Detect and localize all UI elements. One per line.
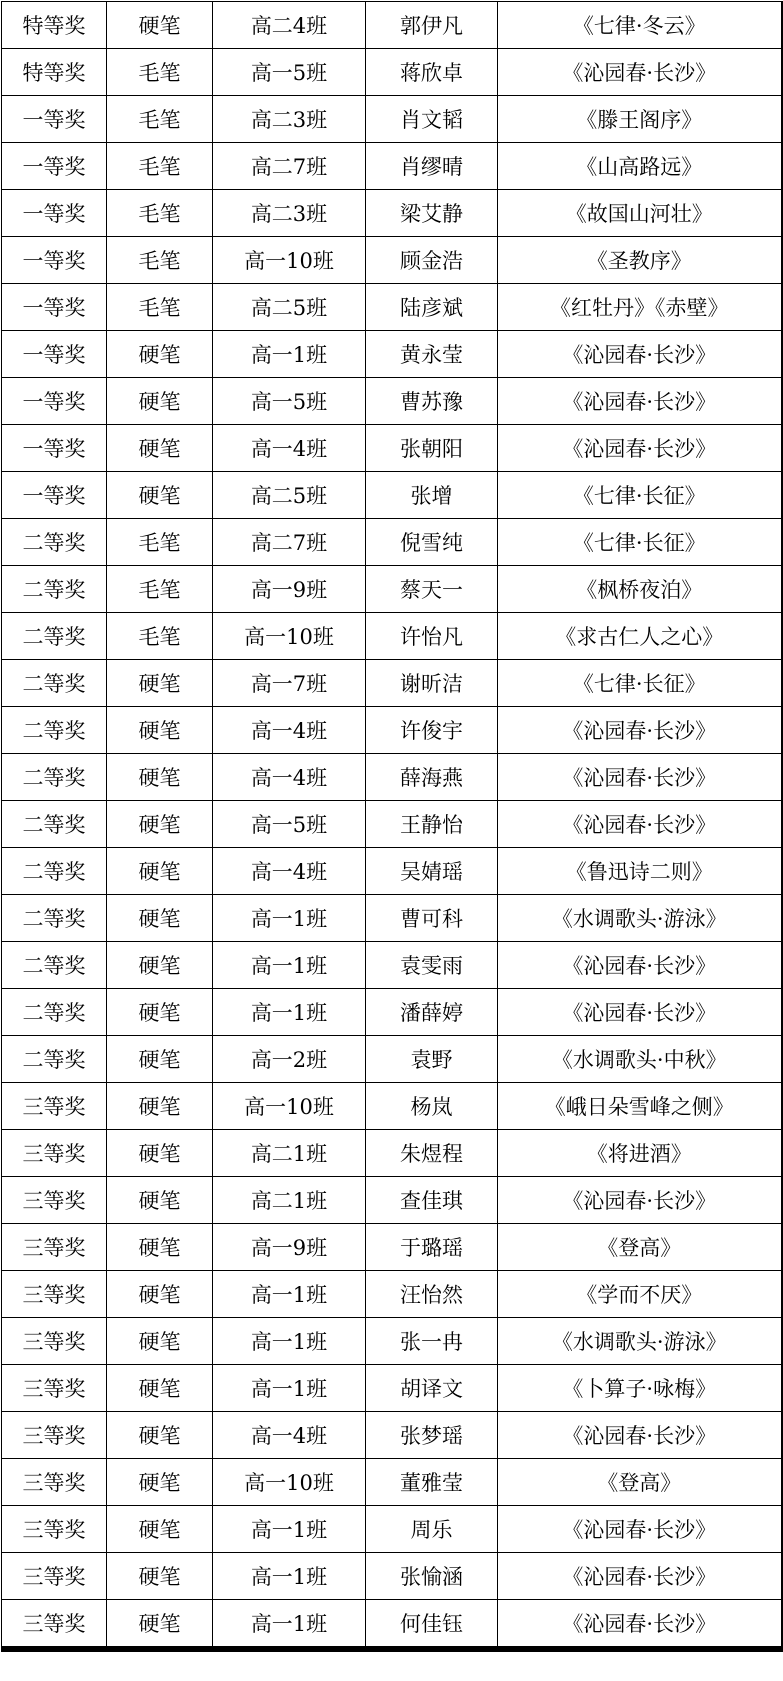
cell-award: 二等奖: [2, 519, 107, 566]
cell-pen_type: 硬笔: [107, 1412, 213, 1459]
cell-name: 谢昕洁: [366, 660, 498, 707]
cell-award: 三等奖: [2, 1365, 107, 1412]
awards-table: 特等奖硬笔高二4班郭伊凡《七律·冬云》特等奖毛笔高一5班蒋欣卓《沁园春·长沙》一…: [1, 1, 783, 1652]
table-row: 二等奖硬笔高一4班薛海燕《沁园春·长沙》: [2, 754, 782, 801]
cell-pen_type: 毛笔: [107, 566, 213, 613]
cell-pen_type: 硬笔: [107, 1036, 213, 1083]
cell-work: 《山高路远》: [498, 143, 782, 190]
cell-work: 《水调歌头·游泳》: [498, 1318, 782, 1365]
cell-work: 《滕王阁序》: [498, 96, 782, 143]
cell-work: 《七律·长征》: [498, 519, 782, 566]
cell-name: 曹苏豫: [366, 378, 498, 425]
cell-name: 潘薛婷: [366, 989, 498, 1036]
table-row: 一等奖毛笔高二5班陆彦斌《红牡丹》《赤壁》: [2, 284, 782, 331]
table-row: 二等奖硬笔高一7班谢昕洁《七律·长征》: [2, 660, 782, 707]
table-row: 二等奖硬笔高一1班袁雯雨《沁园春·长沙》: [2, 942, 782, 989]
cell-class: 高二7班: [213, 519, 366, 566]
cell-work: 《枫桥夜泊》: [498, 566, 782, 613]
cell-class: 高一1班: [213, 1271, 366, 1318]
cell-work: 《沁园春·长沙》: [498, 707, 782, 754]
table-row: 三等奖硬笔高一1班张愉涵《沁园春·长沙》: [2, 1553, 782, 1600]
table-row: 一等奖硬笔高一5班曹苏豫《沁园春·长沙》: [2, 378, 782, 425]
cell-work: 《沁园春·长沙》: [498, 801, 782, 848]
cell-name: 曹可科: [366, 895, 498, 942]
cell-work: 《沁园春·长沙》: [498, 754, 782, 801]
cell-work: 《沁园春·长沙》: [498, 1506, 782, 1553]
cell-pen_type: 硬笔: [107, 2, 213, 49]
table-row: 一等奖毛笔高二3班肖文韬《滕王阁序》: [2, 96, 782, 143]
table-row: 三等奖硬笔高一1班胡译文《卜算子·咏梅》: [2, 1365, 782, 1412]
cell-class: 高一7班: [213, 660, 366, 707]
cell-award: 一等奖: [2, 378, 107, 425]
cell-pen_type: 硬笔: [107, 1177, 213, 1224]
cell-pen_type: 硬笔: [107, 754, 213, 801]
table-row: 二等奖硬笔高一1班潘薛婷《沁园春·长沙》: [2, 989, 782, 1036]
cell-award: 一等奖: [2, 425, 107, 472]
cell-work: 《登高》: [498, 1459, 782, 1506]
cell-class: 高一4班: [213, 754, 366, 801]
cell-pen_type: 毛笔: [107, 613, 213, 660]
cell-work: 《水调歌头·游泳》: [498, 895, 782, 942]
cell-name: 杨岚: [366, 1083, 498, 1130]
cell-class: 高二7班: [213, 143, 366, 190]
table-row: 一等奖毛笔高一10班顾金浩《圣教序》: [2, 237, 782, 284]
cell-work: 《沁园春·长沙》: [498, 1177, 782, 1224]
cell-work: 《沁园春·长沙》: [498, 1412, 782, 1459]
cell-class: 高一9班: [213, 566, 366, 613]
cell-pen_type: 毛笔: [107, 190, 213, 237]
cell-name: 薛海燕: [366, 754, 498, 801]
cell-pen_type: 硬笔: [107, 1600, 213, 1650]
cell-award: 三等奖: [2, 1553, 107, 1600]
cell-pen_type: 毛笔: [107, 96, 213, 143]
cell-work: 《圣教序》: [498, 237, 782, 284]
cell-pen_type: 硬笔: [107, 1365, 213, 1412]
cell-class: 高一4班: [213, 707, 366, 754]
cell-pen_type: 硬笔: [107, 1083, 213, 1130]
cell-name: 蔡天一: [366, 566, 498, 613]
cell-name: 肖缪晴: [366, 143, 498, 190]
cell-name: 张朝阳: [366, 425, 498, 472]
cell-name: 董雅莹: [366, 1459, 498, 1506]
cell-name: 吴婧瑶: [366, 848, 498, 895]
cell-class: 高一1班: [213, 1553, 366, 1600]
cell-name: 袁雯雨: [366, 942, 498, 989]
cell-award: 三等奖: [2, 1600, 107, 1650]
cell-name: 张愉涵: [366, 1553, 498, 1600]
cell-name: 肖文韬: [366, 96, 498, 143]
cell-class: 高一10班: [213, 613, 366, 660]
cell-award: 三等奖: [2, 1271, 107, 1318]
cell-name: 张一冉: [366, 1318, 498, 1365]
cell-name: 朱煜程: [366, 1130, 498, 1177]
cell-class: 高一4班: [213, 425, 366, 472]
cell-work: 《沁园春·长沙》: [498, 331, 782, 378]
cell-name: 蒋欣卓: [366, 49, 498, 96]
cell-work: 《沁园春·长沙》: [498, 425, 782, 472]
cell-pen_type: 硬笔: [107, 425, 213, 472]
cell-award: 二等奖: [2, 707, 107, 754]
cell-name: 陆彦斌: [366, 284, 498, 331]
table-row: 二等奖硬笔高一1班曹可科《水调歌头·游泳》: [2, 895, 782, 942]
cell-work: 《七律·长征》: [498, 472, 782, 519]
cell-class: 高二1班: [213, 1130, 366, 1177]
cell-award: 一等奖: [2, 190, 107, 237]
cell-pen_type: 毛笔: [107, 237, 213, 284]
cell-award: 一等奖: [2, 143, 107, 190]
cell-pen_type: 硬笔: [107, 942, 213, 989]
cell-class: 高一1班: [213, 989, 366, 1036]
cell-award: 二等奖: [2, 754, 107, 801]
cell-class: 高一1班: [213, 942, 366, 989]
cell-name: 于璐瑶: [366, 1224, 498, 1271]
table-row: 二等奖毛笔高一10班许怡凡《求古仁人之心》: [2, 613, 782, 660]
cell-class: 高一10班: [213, 1083, 366, 1130]
cell-work: 《登高》: [498, 1224, 782, 1271]
cell-class: 高二1班: [213, 1177, 366, 1224]
cell-class: 高一1班: [213, 331, 366, 378]
cell-award: 一等奖: [2, 472, 107, 519]
table-row: 三等奖硬笔高二1班朱煜程《将进酒》: [2, 1130, 782, 1177]
table-row: 三等奖硬笔高二1班查佳琪《沁园春·长沙》: [2, 1177, 782, 1224]
cell-award: 一等奖: [2, 96, 107, 143]
cell-work: 《七律·冬云》: [498, 2, 782, 49]
cell-class: 高一5班: [213, 801, 366, 848]
cell-work: 《沁园春·长沙》: [498, 989, 782, 1036]
cell-class: 高一1班: [213, 1318, 366, 1365]
table-row: 三等奖硬笔高一1班汪怡然《学而不厌》: [2, 1271, 782, 1318]
cell-work: 《卜算子·咏梅》: [498, 1365, 782, 1412]
cell-work: 《故国山河壮》: [498, 190, 782, 237]
cell-award: 二等奖: [2, 989, 107, 1036]
table-row: 一等奖毛笔高二7班肖缪晴《山高路远》: [2, 143, 782, 190]
cell-work: 《七律·长征》: [498, 660, 782, 707]
cell-pen_type: 硬笔: [107, 895, 213, 942]
cell-work: 《红牡丹》《赤壁》: [498, 284, 782, 331]
cell-pen_type: 硬笔: [107, 1459, 213, 1506]
cell-award: 三等奖: [2, 1083, 107, 1130]
cell-award: 三等奖: [2, 1177, 107, 1224]
cell-pen_type: 硬笔: [107, 989, 213, 1036]
cell-award: 二等奖: [2, 848, 107, 895]
cell-award: 三等奖: [2, 1506, 107, 1553]
cell-pen_type: 硬笔: [107, 801, 213, 848]
awards-table-container: 特等奖硬笔高二4班郭伊凡《七律·冬云》特等奖毛笔高一5班蒋欣卓《沁园春·长沙》一…: [1, 1, 781, 1652]
table-row: 二等奖硬笔高一5班王静怡《沁园春·长沙》: [2, 801, 782, 848]
table-row: 三等奖硬笔高一1班周乐《沁园春·长沙》: [2, 1506, 782, 1553]
cell-award: 二等奖: [2, 613, 107, 660]
cell-work: 《峨日朵雪峰之侧》: [498, 1083, 782, 1130]
cell-work: 《将进酒》: [498, 1130, 782, 1177]
cell-pen_type: 硬笔: [107, 707, 213, 754]
cell-class: 高二3班: [213, 190, 366, 237]
cell-class: 高二5班: [213, 284, 366, 331]
cell-class: 高一9班: [213, 1224, 366, 1271]
cell-class: 高一1班: [213, 1600, 366, 1650]
cell-work: 《鲁迅诗二则》: [498, 848, 782, 895]
table-row: 特等奖毛笔高一5班蒋欣卓《沁园春·长沙》: [2, 49, 782, 96]
cell-class: 高一1班: [213, 895, 366, 942]
cell-pen_type: 硬笔: [107, 1553, 213, 1600]
table-row: 一等奖硬笔高一1班黄永莹《沁园春·长沙》: [2, 331, 782, 378]
cell-class: 高一1班: [213, 1506, 366, 1553]
table-row: 二等奖硬笔高一4班吴婧瑶《鲁迅诗二则》: [2, 848, 782, 895]
cell-award: 二等奖: [2, 660, 107, 707]
cell-class: 高一1班: [213, 1365, 366, 1412]
cell-award: 特等奖: [2, 49, 107, 96]
table-row: 二等奖毛笔高二7班倪雪纯《七律·长征》: [2, 519, 782, 566]
awards-table-body: 特等奖硬笔高二4班郭伊凡《七律·冬云》特等奖毛笔高一5班蒋欣卓《沁园春·长沙》一…: [2, 2, 782, 1650]
cell-name: 王静怡: [366, 801, 498, 848]
table-row: 一等奖硬笔高二5班张增《七律·长征》: [2, 472, 782, 519]
cell-award: 三等奖: [2, 1412, 107, 1459]
table-row: 三等奖硬笔高一1班张一冉《水调歌头·游泳》: [2, 1318, 782, 1365]
cell-class: 高二4班: [213, 2, 366, 49]
cell-award: 一等奖: [2, 237, 107, 284]
table-row: 特等奖硬笔高二4班郭伊凡《七律·冬云》: [2, 2, 782, 49]
cell-pen_type: 硬笔: [107, 331, 213, 378]
table-row: 三等奖硬笔高一9班于璐瑶《登高》: [2, 1224, 782, 1271]
table-row: 一等奖硬笔高一4班张朝阳《沁园春·长沙》: [2, 425, 782, 472]
cell-pen_type: 硬笔: [107, 1224, 213, 1271]
cell-class: 高二5班: [213, 472, 366, 519]
cell-work: 《沁园春·长沙》: [498, 1600, 782, 1650]
cell-work: 《水调歌头·中秋》: [498, 1036, 782, 1083]
table-row: 二等奖硬笔高一2班袁野《水调歌头·中秋》: [2, 1036, 782, 1083]
cell-class: 高一4班: [213, 1412, 366, 1459]
table-row: 二等奖硬笔高一4班许俊宇《沁园春·长沙》: [2, 707, 782, 754]
cell-pen_type: 硬笔: [107, 1318, 213, 1365]
cell-award: 二等奖: [2, 566, 107, 613]
cell-class: 高一2班: [213, 1036, 366, 1083]
cell-work: 《沁园春·长沙》: [498, 1553, 782, 1600]
cell-class: 高一4班: [213, 848, 366, 895]
cell-class: 高一10班: [213, 1459, 366, 1506]
cell-award: 三等奖: [2, 1130, 107, 1177]
cell-name: 许俊宇: [366, 707, 498, 754]
cell-pen_type: 硬笔: [107, 378, 213, 425]
cell-name: 张增: [366, 472, 498, 519]
cell-pen_type: 毛笔: [107, 519, 213, 566]
cell-award: 特等奖: [2, 2, 107, 49]
cell-award: 二等奖: [2, 1036, 107, 1083]
cell-name: 倪雪纯: [366, 519, 498, 566]
cell-name: 许怡凡: [366, 613, 498, 660]
table-row: 三等奖硬笔高一10班董雅莹《登高》: [2, 1459, 782, 1506]
cell-pen_type: 硬笔: [107, 660, 213, 707]
cell-name: 周乐: [366, 1506, 498, 1553]
cell-name: 张梦瑶: [366, 1412, 498, 1459]
table-row: 三等奖硬笔高一10班杨岚《峨日朵雪峰之侧》: [2, 1083, 782, 1130]
table-row: 三等奖硬笔高一4班张梦瑶《沁园春·长沙》: [2, 1412, 782, 1459]
cell-award: 二等奖: [2, 895, 107, 942]
cell-name: 黄永莹: [366, 331, 498, 378]
cell-award: 一等奖: [2, 331, 107, 378]
cell-pen_type: 毛笔: [107, 49, 213, 96]
cell-pen_type: 毛笔: [107, 284, 213, 331]
cell-class: 高一5班: [213, 378, 366, 425]
cell-name: 袁野: [366, 1036, 498, 1083]
cell-class: 高一10班: [213, 237, 366, 284]
table-row: 三等奖硬笔高一1班何佳钰《沁园春·长沙》: [2, 1600, 782, 1650]
cell-work: 《沁园春·长沙》: [498, 49, 782, 96]
cell-award: 二等奖: [2, 801, 107, 848]
cell-name: 顾金浩: [366, 237, 498, 284]
cell-name: 胡译文: [366, 1365, 498, 1412]
cell-award: 二等奖: [2, 942, 107, 989]
cell-work: 《沁园春·长沙》: [498, 942, 782, 989]
cell-class: 高一5班: [213, 49, 366, 96]
cell-name: 汪怡然: [366, 1271, 498, 1318]
cell-award: 三等奖: [2, 1318, 107, 1365]
cell-pen_type: 硬笔: [107, 1271, 213, 1318]
cell-pen_type: 硬笔: [107, 848, 213, 895]
cell-name: 郭伊凡: [366, 2, 498, 49]
cell-pen_type: 硬笔: [107, 1130, 213, 1177]
cell-award: 三等奖: [2, 1459, 107, 1506]
cell-work: 《求古仁人之心》: [498, 613, 782, 660]
cell-award: 三等奖: [2, 1224, 107, 1271]
cell-class: 高二3班: [213, 96, 366, 143]
cell-work: 《学而不厌》: [498, 1271, 782, 1318]
cell-pen_type: 硬笔: [107, 1506, 213, 1553]
cell-pen_type: 硬笔: [107, 472, 213, 519]
cell-award: 一等奖: [2, 284, 107, 331]
cell-work: 《沁园春·长沙》: [498, 378, 782, 425]
table-row: 一等奖毛笔高二3班梁艾静《故国山河壮》: [2, 190, 782, 237]
cell-pen_type: 毛笔: [107, 143, 213, 190]
cell-name: 何佳钰: [366, 1600, 498, 1650]
cell-name: 梁艾静: [366, 190, 498, 237]
table-row: 二等奖毛笔高一9班蔡天一《枫桥夜泊》: [2, 566, 782, 613]
cell-name: 查佳琪: [366, 1177, 498, 1224]
